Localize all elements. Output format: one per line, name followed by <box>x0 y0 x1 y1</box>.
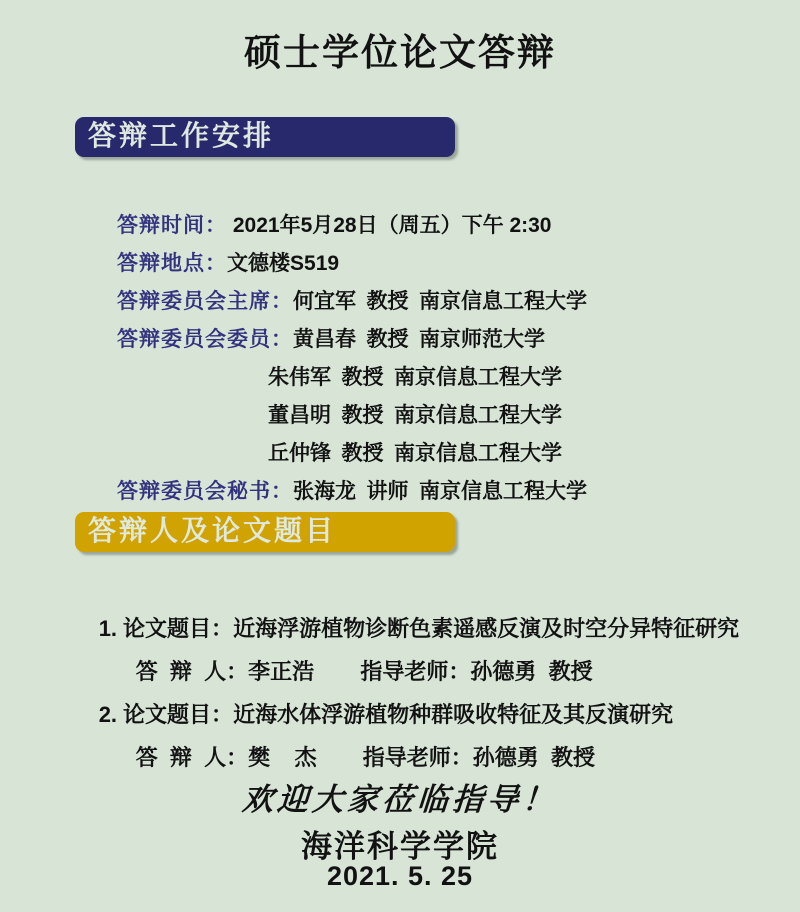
person-label: 答 辩 人： <box>136 659 248 684</box>
thesis-title: 近海浮游植物诊断色素遥感反演及时空分异特征研究 <box>233 616 739 641</box>
advisor-name: 孙德勇 教授 <box>473 745 595 770</box>
section-header-arrangement: 答辩工作安排 <box>75 117 455 157</box>
thesis-number: 2. <box>99 702 117 727</box>
person-name: 樊 杰 <box>248 745 316 770</box>
row-label: 答辩地点： <box>117 251 227 275</box>
row-value: 何宜军 教授 南京信息工程大学 <box>293 289 587 313</box>
person-name: 李正浩 <box>248 659 314 684</box>
advisor-label: 指导老师： <box>363 745 473 770</box>
defense-announcement-poster: 硕士学位论文答辩 答辩工作安排 答辩时间： 2021年5月28日（周五）下午 2… <box>0 0 800 912</box>
person-label: 答 辩 人： <box>136 745 248 770</box>
welcome-message: 欢迎大家莅临指导！ <box>0 774 800 819</box>
college-name: 海洋科学学院 <box>0 821 800 866</box>
thesis-number: 1. <box>99 616 117 641</box>
row-label: 答辩时间： <box>117 213 227 237</box>
thesis-list: 1.论文题目：近海浮游植物诊断色素遥感反演及时空分异特征研究 答 辩 人：李正浩… <box>62 564 739 736</box>
row-value: 丘仲锋 教授 南京信息工程大学 <box>268 441 562 465</box>
row-label: 答辩委员会秘书： <box>117 479 293 503</box>
thesis-title: 近海水体浮游植物种群吸收特征及其反演研究 <box>233 702 673 727</box>
row-value: 文德楼S519 <box>227 252 339 275</box>
page-title: 硕士学位论文答辩 <box>0 22 800 76</box>
advisor-label: 指导老师： <box>360 659 470 684</box>
row-value: 张海龙 讲师 南京信息工程大学 <box>293 479 587 503</box>
arrangement-rows: 答辩时间： 2021年5月28日（周五）下午 2:30 答辩地点：文德楼S519… <box>82 168 587 472</box>
row-value: 2021年5月28日（周五）下午 2:30 <box>227 214 551 237</box>
thesis-title-label: 论文题目： <box>123 702 233 727</box>
section-header-defenders: 答辩人及论文题目 <box>75 512 455 552</box>
thesis-title-label: 论文题目： <box>123 616 233 641</box>
announcement-date: 2021. 5. 25 <box>0 861 800 892</box>
advisor-name: 孙德勇 教授 <box>470 659 592 684</box>
row-label: 答辩委员会主席： <box>117 289 293 313</box>
row-label: 答辩委员会委员： <box>117 327 293 351</box>
thesis-title-line: 1.论文题目：近海浮游植物诊断色素遥感反演及时空分异特征研究 <box>62 564 739 607</box>
row-value: 朱伟军 教授 南京信息工程大学 <box>268 365 562 389</box>
row-defense-time: 答辩时间： 2021年5月28日（周五）下午 2:30 <box>82 168 587 206</box>
row-value: 董昌明 教授 南京信息工程大学 <box>268 403 562 427</box>
row-value: 黄昌春 教授 南京师范大学 <box>293 327 545 351</box>
